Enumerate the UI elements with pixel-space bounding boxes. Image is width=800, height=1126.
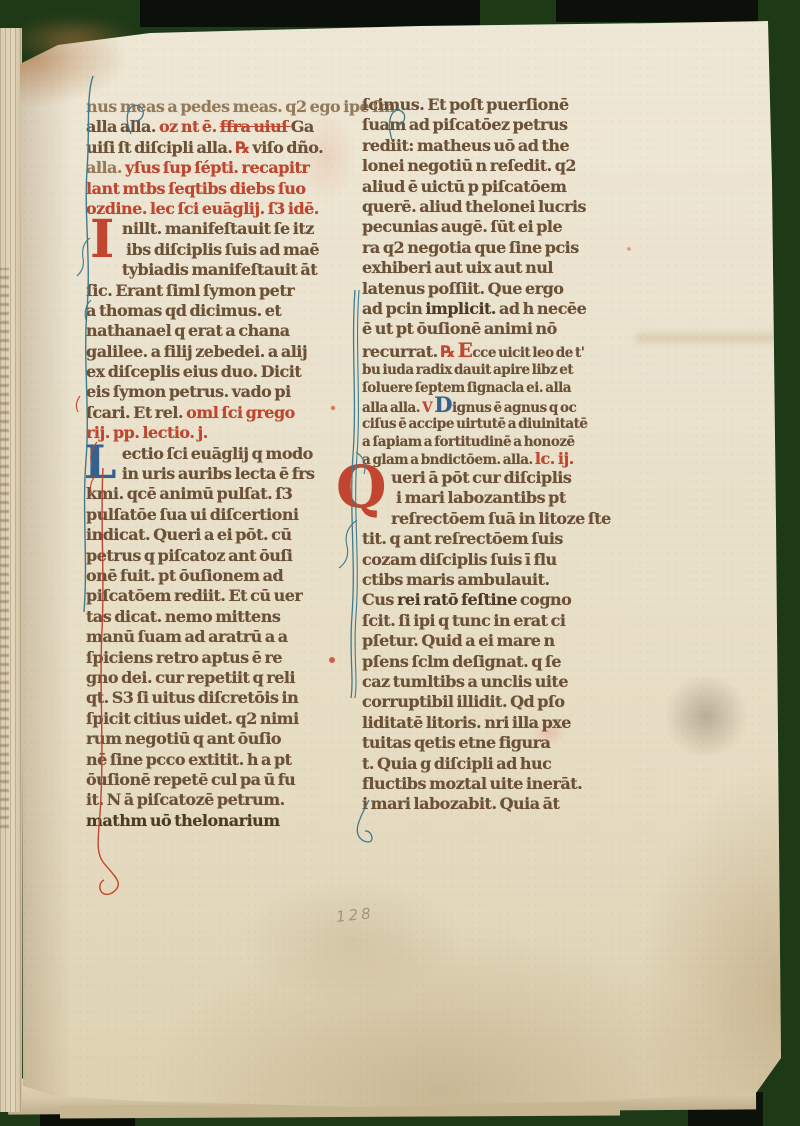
text-segment: tuitas qetis etne figura	[362, 733, 550, 752]
manuscript-line: kmi. qcē animū pulſat. ſ3	[86, 484, 354, 504]
manuscript-line: ctibs maris ambulauit.	[362, 570, 630, 590]
text-segment: kmi. qcē animū pulſat. ſ3	[86, 484, 292, 503]
text-segment: cce uicit leo de t'	[472, 345, 584, 361]
text-segment: ſpiciens retro aptus ē re	[86, 648, 282, 667]
manuscript-line: lonei negotiū n reſedit. q2	[362, 156, 630, 176]
manuscript-line: tybiadis manifeſtauit āt	[86, 260, 354, 280]
text-segment: nathanael q erat a chana	[86, 321, 290, 340]
text-segment: in uris auribs lecta ē frs	[122, 464, 315, 483]
manuscript-line: ōuſionē repetē cul pa ū fu	[86, 770, 354, 790]
manuscript-line: pulſatōe ſua ui diſcertioni	[86, 505, 354, 525]
text-segment: galilee. a filij zebedei. a alij	[86, 342, 307, 361]
text-segment: aliud ē uictū p piſcatōem	[362, 177, 566, 196]
manuscript-line: alla. yſus ſup ſépti. recapitr	[86, 158, 354, 178]
text-segment: piſcatōem rediit. Et cū uer	[86, 586, 302, 605]
text-segment: tit. q ant reſrectōem ſuis	[362, 529, 563, 548]
manuscript-line: aliud ē uictū p piſcatōem	[362, 177, 630, 197]
text-segment: a thomas qd dicimus. et	[86, 301, 281, 320]
manuscript-line: ra q2 negotia que ſine pcis	[362, 238, 630, 258]
text-segment: fluctibs moztal uite inerāt.	[362, 774, 582, 793]
manuscript-line: pſetur. Quid a ei mare n	[362, 631, 630, 651]
text-segment: ozdine. lec ſci euāglij. ſ3 idē.	[86, 199, 319, 218]
manuscript-line: bu iuda radix dauit apire libz et	[362, 360, 630, 378]
manuscript-line: gno dei. cur repetiit q reli	[86, 668, 354, 688]
manuscript-line: liditatē litoris. nri illa pxe	[362, 713, 630, 733]
text-segment: Ga	[291, 117, 314, 136]
manuscript-line: Lectio ſci euāglij q modo	[86, 444, 354, 464]
manuscript-line: manū ſuam ad aratrū a a	[86, 627, 354, 647]
text-segment: ſuam ad piſcatōez petrus	[362, 115, 568, 134]
text-segment: ē ut pt ōuſionē animi nō	[362, 319, 557, 338]
text-segment: i mari labozantibs pt	[396, 488, 566, 507]
facing-page-text-edge	[0, 268, 9, 828]
text-segment: rei ratō feſtine	[397, 590, 520, 609]
manuscript-line: ſcimus. Et poſt puerſionē	[362, 95, 630, 115]
background-shadow-top-right	[556, 0, 758, 22]
text-segment: yſus ſup ſépti. recapitr	[125, 158, 309, 177]
text-segment: manū ſuam ad aratrū a a	[86, 627, 288, 646]
folio-number: 128	[335, 904, 374, 926]
text-segment: alla alla.	[86, 117, 159, 136]
manuscript-line: ſic. Erant ſiml ſymon petr	[86, 281, 354, 301]
text-segment: ōuſionē repetē cul pa ū fu	[86, 770, 295, 789]
text-segment: pulſatōe ſua ui diſcertioni	[86, 505, 299, 524]
text-segment: nus meas a pedes meas. q2 ego ipe ſm	[86, 97, 395, 116]
text-segment: tybiadis manifeſtauit āt	[122, 260, 317, 279]
text-segment: ad pcin	[362, 299, 425, 318]
text-segment: caz tumltibs a unclis uite	[362, 672, 568, 691]
text-segment: implicit.	[425, 299, 499, 318]
text-segment: lc. ij.	[535, 449, 574, 468]
manuscript-line: qt. S3 ſi uitus diſcretōis in	[86, 688, 354, 708]
manuscript-line: caz tumltibs a unclis uite	[362, 672, 630, 692]
manuscript-line: onē fuit. pt ōuſionem ad	[86, 566, 354, 586]
text-segment: lant mtbs ſeqtibs diebs ſuo	[86, 179, 306, 198]
text-segment: oz nt ē.	[159, 117, 220, 136]
manuscript-line: uiſi ſt diſcipli alla. ℞ viſo dño.	[86, 138, 354, 158]
manuscript-line: indicat. Queri a ei pōt. cū	[86, 525, 354, 545]
manuscript-line: nē ſine pcco extitit. h a pt	[86, 750, 354, 770]
manuscript-page: nus meas a pedes meas. q2 ego ipe ſmalla…	[0, 0, 800, 1126]
text-segment: petrus q piſcatoz ant ōuſi	[86, 546, 292, 565]
text-segment: it. N ā piſcatozē petrum.	[86, 790, 285, 809]
text-segment: ℞	[441, 342, 458, 361]
manuscript-line: pecunias augē. ſūt ei ple	[362, 217, 630, 237]
manuscript-line: mathm uō thelonarium	[86, 811, 354, 831]
text-segment: a glam a bndictōem. alla.	[362, 452, 535, 468]
manuscript-line: it. N ā piſcatozē petrum.	[86, 790, 354, 810]
text-segment: eis ſymon petrus. vado pi	[86, 382, 291, 401]
manuscript-line: ex diſceplis eius duo. Dicit	[86, 362, 354, 382]
manuscript-line: nus meas a pedes meas. q2 ego ipe ſm	[86, 97, 354, 117]
text-segment: onē fuit. pt ōuſionem ad	[86, 566, 283, 585]
manuscript-line: ſpicit citius uidet. q2 nimi	[86, 709, 354, 729]
manuscript-line: rediit: matheus uō ad the	[362, 136, 630, 156]
manuscript-line: a glam a bndictōem. alla. lc. ij.	[362, 450, 630, 468]
manuscript-line: nathanael q erat a chana	[86, 321, 354, 341]
text-segment: recurrat.	[362, 342, 441, 361]
text-segment: oml ſci grego	[186, 403, 295, 422]
text-segment: pſetur. Quid a ei mare n	[362, 631, 555, 650]
manuscript-line: a ſapiam a fortitudinē a honozē	[362, 432, 630, 450]
manuscript-line: i mari labozabit. Quia āt	[362, 794, 630, 814]
text-segment: cozam diſciplis ſuis ī flu	[362, 550, 557, 569]
text-segment: latenus poſſiit. Que ergo	[362, 279, 563, 298]
text-segment: tas dicat. nemo mittens	[86, 607, 280, 626]
manuscript-line: querē. aliud thelonei lucris	[362, 197, 630, 217]
text-segment: ſoluere ſeptem ſignacla ei. alla	[362, 380, 571, 396]
text-segment: ex diſceplis eius duo. Dicit	[86, 362, 301, 381]
manuscript-line: Cus rei ratō feſtine cogno	[362, 590, 630, 610]
text-segment: ℞	[236, 138, 253, 157]
illuminated-initial-Q: Q	[336, 464, 386, 510]
text-segment: rij. pp. lectio. j.	[86, 423, 208, 442]
manuscript-line: piſcatōem rediit. Et cū uer	[86, 586, 354, 606]
manuscript-line: corruptibil illidit. Qd pſo	[362, 692, 630, 712]
manuscript-line: galilee. a filij zebedei. a alij	[86, 342, 354, 362]
manuscript-line: alla alla. V Dignus ē agnus q oc	[362, 396, 630, 414]
manuscript-line: reſrectōem ſuā in litoze ſte	[362, 509, 630, 529]
text-segment: ffra uiuſ	[220, 117, 291, 136]
text-segment: uiſi ſt diſcipli alla.	[86, 138, 236, 157]
text-segment: liditatē litoris. nri illa pxe	[362, 713, 571, 732]
text-segment: nillt. manifeſtauit ſe itz	[122, 219, 314, 238]
text-segment: cogno	[520, 590, 571, 609]
text-segment: alla.	[86, 158, 125, 177]
illuminated-initial-L: L	[84, 442, 116, 482]
manuscript-line: pſens ſclm deſignat. q ſe	[362, 652, 630, 672]
manuscript-line: i mari labozantibs pt	[362, 488, 630, 508]
text-segment: t. Quia g diſcipli ad huc	[362, 754, 551, 773]
manuscript-line: eis ſymon petrus. vado pi	[86, 382, 354, 402]
text-segment: ectio ſci euāglij q modo	[122, 444, 313, 463]
manuscript-line: ciſus ē accipe uirtutē a diuinitatē	[362, 414, 630, 432]
manuscript-line: ozdine. lec ſci euāglij. ſ3 idē.	[86, 199, 354, 219]
manuscript-line: tit. q ant reſrectōem ſuis	[362, 529, 630, 549]
manuscript-line: ad pcin implicit. ad h necēe	[362, 299, 630, 319]
manuscript-line: petrus q piſcatoz ant ōuſi	[86, 546, 354, 566]
text-segment: corruptibil illidit. Qd pſo	[362, 692, 565, 711]
text-segment: rum negotiū q ant ōuſio	[86, 729, 281, 748]
manuscript-line: ē ut pt ōuſionē animi nō	[362, 319, 630, 339]
manuscript-line: latenus poſſiit. Que ergo	[362, 279, 630, 299]
text-segment: ſic. Erant ſiml ſymon petr	[86, 281, 294, 300]
text-segment: ſcit. ſi ipi q tunc in erat ci	[362, 611, 565, 630]
illuminated-initial-I: I	[90, 219, 114, 261]
text-segment: ſpicit citius uidet. q2 nimi	[86, 709, 299, 728]
text-segment: ſcimus. Et poſt puerſionē	[362, 95, 569, 114]
background-shadow-top-left	[140, 0, 480, 27]
text-segment: indicat. Queri a ei pōt. cū	[86, 525, 291, 544]
text-segment: bu iuda radix dauit apire libz et	[362, 362, 573, 378]
manuscript-line: exhiberi aut uix aut nul	[362, 258, 630, 278]
text-segment: ra q2 negotia que ſine pcis	[362, 238, 579, 257]
text-segment: ibs diſciplis ſuis ad maē	[126, 240, 319, 259]
text-segment: i mari labozabit. Quia āt	[362, 794, 559, 813]
text-segment: viſo dño.	[252, 138, 323, 157]
text-column-right: ſcimus. Et poſt puerſionēſuam ad piſcatō…	[362, 95, 630, 815]
manuscript-line: rij. pp. lectio. j.	[86, 423, 354, 443]
text-segment: ſcari. Et rel.	[86, 403, 186, 422]
text-column-left: nus meas a pedes meas. q2 ego ipe ſmalla…	[86, 97, 354, 831]
manuscript-line: Inillt. manifeſtauit ſe itz	[86, 219, 354, 239]
text-segment: reſrectōem ſuā in litoze ſte	[391, 509, 611, 528]
manuscript-line: ibs diſciplis ſuis ad maē	[86, 240, 354, 260]
manuscript-line: in uris auribs lecta ē frs	[86, 464, 354, 484]
manuscript-line: cozam diſciplis ſuis ī flu	[362, 550, 630, 570]
manuscript-line: alla alla. oz nt ē. ffra uiuſ Ga	[86, 117, 354, 137]
book-gutter-page-stack	[0, 28, 22, 1112]
text-segment: E	[458, 338, 473, 362]
text-segment: mathm uō thelonarium	[86, 811, 280, 830]
text-segment: ctibs maris ambulauit.	[362, 570, 550, 589]
text-segment: rediit: matheus uō ad the	[362, 136, 569, 155]
manuscript-line: Queri ā pōt cur diſciplis	[362, 468, 630, 488]
text-segment: a ſapiam a fortitudinē a honozē	[362, 434, 575, 450]
manuscript-line: recurrat. ℞ Ecce uicit leo de t'	[362, 340, 630, 360]
text-segment: exhiberi aut uix aut nul	[362, 258, 553, 277]
text-segment: lonei negotiū n reſedit. q2	[362, 156, 576, 175]
manuscript-line: ſoluere ſeptem ſignacla ei. alla	[362, 378, 630, 396]
manuscript-line: ſpiciens retro aptus ē re	[86, 648, 354, 668]
text-segment: pecunias augē. ſūt ei ple	[362, 217, 562, 236]
parchment-fold-band	[636, 330, 776, 346]
text-segment: gno dei. cur repetiit q reli	[86, 668, 295, 687]
text-segment: querē. aliud thelonei lucris	[362, 197, 586, 216]
manuscript-line: fluctibs moztal uite inerāt.	[362, 774, 630, 794]
text-segment: ciſus ē accipe uirtutē a diuinitatē	[362, 416, 587, 432]
manuscript-line: lant mtbs ſeqtibs diebs ſuo	[86, 179, 354, 199]
text-segment: nē ſine pcco extitit. h a pt	[86, 750, 292, 769]
manuscript-line: a thomas qd dicimus. et	[86, 301, 354, 321]
text-segment: Cus	[362, 590, 397, 609]
text-segment: ad h necēe	[499, 299, 586, 318]
manuscript-line: ſcit. ſi ipi q tunc in erat ci	[362, 611, 630, 631]
manuscript-line: tas dicat. nemo mittens	[86, 607, 354, 627]
text-segment: qt. S3 ſi uitus diſcretōis in	[86, 688, 298, 707]
manuscript-photo: { "page": { "background_color": "#1d3916…	[0, 0, 800, 1126]
manuscript-line: rum negotiū q ant ōuſio	[86, 729, 354, 749]
manuscript-line: ſcari. Et rel. oml ſci grego	[86, 403, 354, 423]
manuscript-line: ſuam ad piſcatōez petrus	[362, 115, 630, 135]
manuscript-line: tuitas qetis etne figura	[362, 733, 630, 753]
text-segment: ueri ā pōt cur diſciplis	[391, 468, 571, 487]
text-segment: pſens ſclm deſignat. q ſe	[362, 652, 561, 671]
manuscript-line: t. Quia g diſcipli ad huc	[362, 754, 630, 774]
